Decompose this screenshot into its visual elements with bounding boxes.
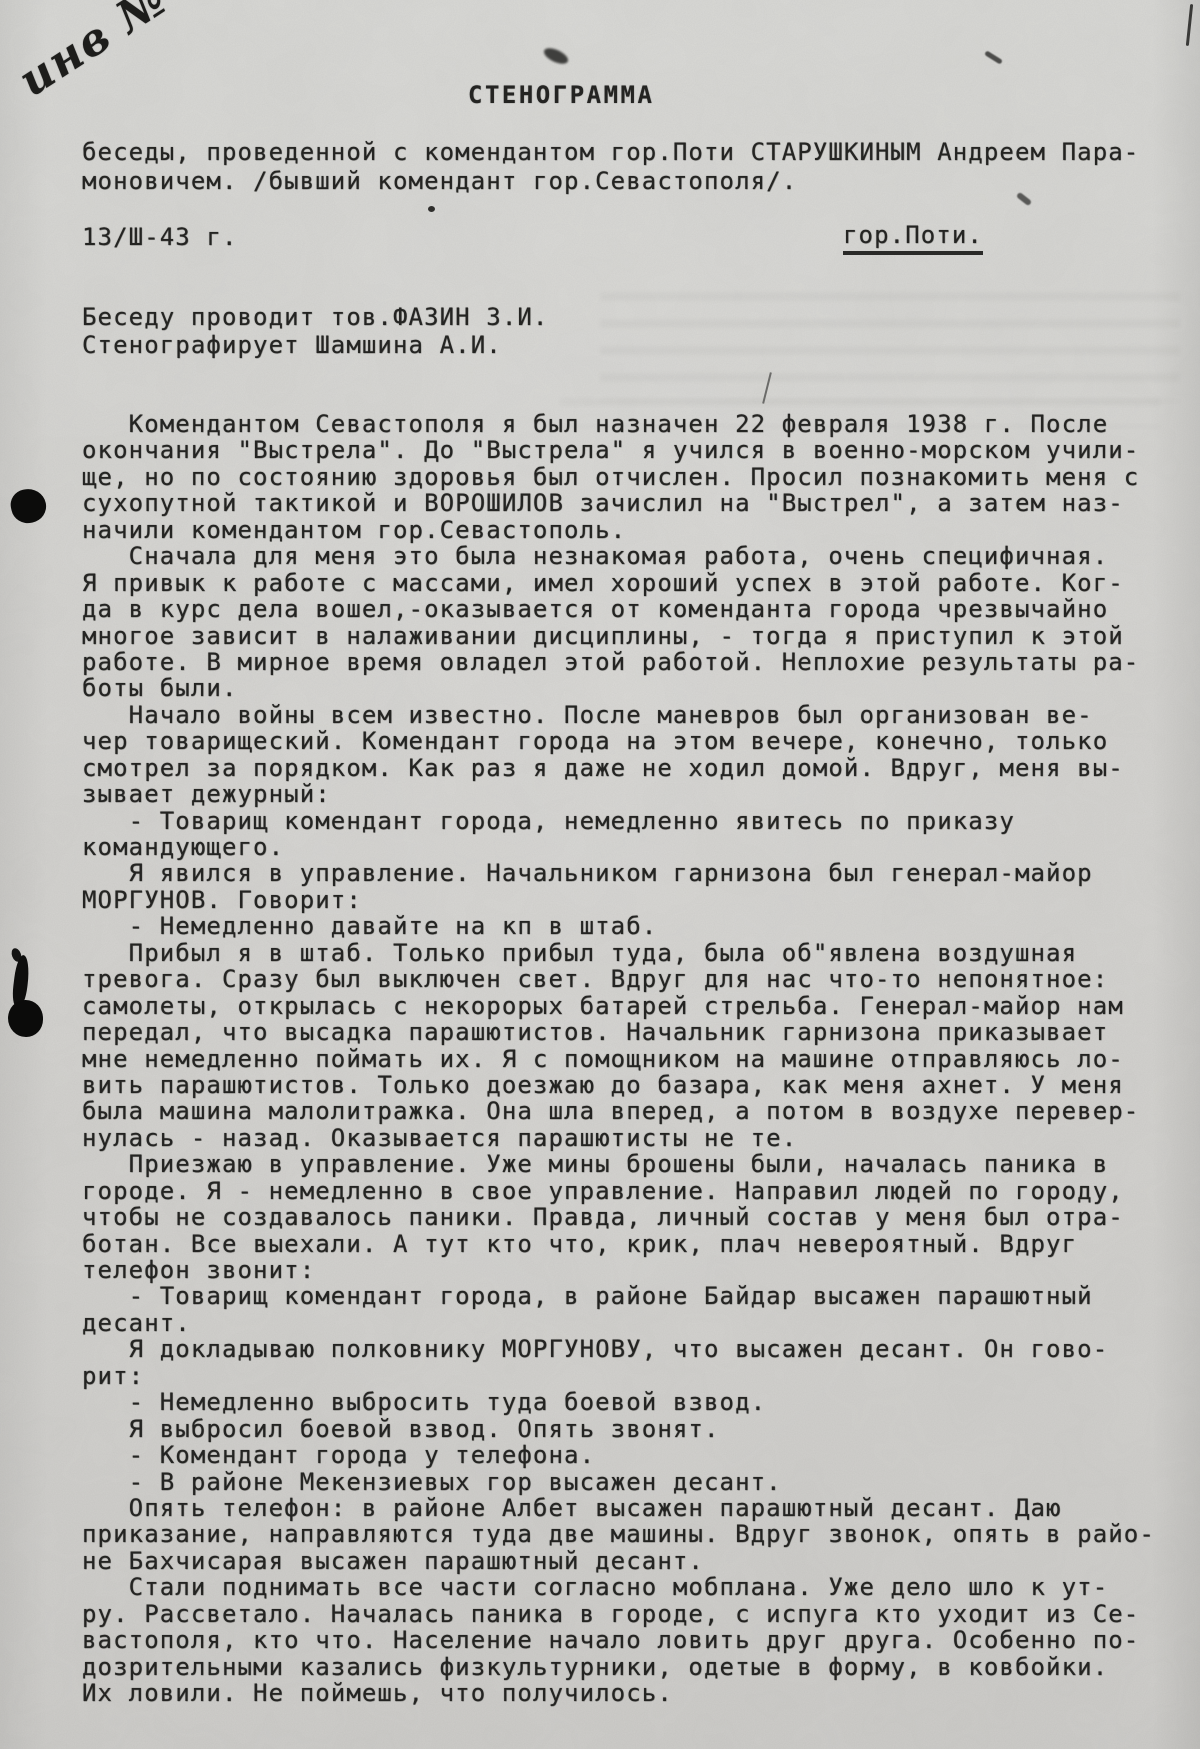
ink-blot-hole-punch (8, 486, 49, 527)
text-line: Их ловили. Не поймешь, что получилось. (82, 1680, 1155, 1706)
text-line: - Товарищ комендант города, в районе Бай… (82, 1283, 1155, 1309)
subtitle-line: беседы, проведенной с комендантом гор.По… (82, 139, 1139, 168)
text-line: Я явился в управление. Начальником гарни… (82, 860, 1155, 886)
text-line: командующего. (82, 834, 1155, 860)
interviewer-line: Беседу проводит тов.ФАЗИН З.И. (82, 304, 548, 332)
text-line: да в курс дела вошел,-оказывается от ком… (82, 596, 1155, 622)
text-line: боты были. (82, 675, 1155, 701)
text-line: - Немедленно давайте на кп в штаб. (82, 913, 1155, 939)
text-line: передал, что высадка парашютистов. Начал… (82, 1019, 1155, 1045)
text-line: Я докладываю полковнику МОРГУНОВУ, что в… (82, 1336, 1155, 1362)
text-line: многое зависит в налаживании дисциплины,… (82, 623, 1155, 649)
text-line: Прибыл я в штаб. Только прибыл туда, был… (82, 940, 1155, 966)
text-line: была машина малолитражка. Она шла вперед… (82, 1098, 1155, 1124)
document-subtitle: беседы, проведенной с комендантом гор.По… (82, 139, 1139, 196)
text-line: Сначала для меня это была незнакомая раб… (82, 543, 1155, 569)
text-line: ще, но по состоянию здоровья был отчисле… (82, 464, 1155, 490)
subtitle-line: моновичем. /бывший комендант гор.Севасто… (82, 168, 1139, 197)
scratch-mark (762, 372, 772, 404)
text-line: чер товарищеский. Комендант города на эт… (82, 728, 1155, 754)
text-line: Стали поднимать все части согласно мобпл… (82, 1574, 1155, 1600)
text-line: ботан. Все выехали. А тут кто что, крик,… (82, 1231, 1155, 1257)
text-line: Начало войны всем известно. После маневр… (82, 702, 1155, 728)
text-line: зывает дежурный: (82, 781, 1155, 807)
text-line: Я выбросил боевой взвод. Опять звонят. (82, 1416, 1155, 1442)
document-date: 13/Ш-43 г. (82, 224, 238, 250)
text-line: городе. Я - немедленно в свое управление… (82, 1178, 1155, 1204)
ink-blot-head (8, 1000, 43, 1037)
stenographer-line: Стенографирует Шамшина А.И. (82, 332, 548, 360)
text-line: не Бахчисарая высажен парашютный десант. (82, 1548, 1155, 1574)
text-line: чтобы не создавалось паники. Правда, лич… (82, 1204, 1155, 1230)
text-line: - Немедленно выбросить туда боевой взвод… (82, 1389, 1155, 1415)
text-line: - Товарищ комендант города, немедленно я… (82, 808, 1155, 834)
document-title: СТЕНОГРАММА (468, 82, 654, 108)
text-line: - В районе Мекензиевых гор высажен десан… (82, 1469, 1155, 1495)
text-line: МОРГУНОВ. Говорит: (82, 887, 1155, 913)
text-line: Опять телефон: в районе Албет высажен па… (82, 1495, 1155, 1521)
text-line: Комендантом Севастополя я был назначен 2… (82, 411, 1155, 437)
text-line: мне немедленно поймать их. Я с помощнико… (82, 1046, 1155, 1072)
conductors-block: Беседу проводит тов.ФАЗИН З.И. Стенограф… (82, 304, 548, 359)
text-line: работе. В мирное время овладел этой рабо… (82, 649, 1155, 675)
ink-dot-mark (428, 206, 435, 212)
text-line: нулась - назад. Оказывается парашютисты … (82, 1125, 1155, 1151)
text-line: начили комендантом гор.Севастополь. (82, 517, 1155, 543)
ink-smudge-mark (542, 45, 571, 67)
text-line: десант. (82, 1310, 1155, 1336)
text-line: Приезжаю в управление. Уже мины брошены … (82, 1151, 1155, 1177)
text-line: вить парашютистов. Только доезжаю до баз… (82, 1072, 1155, 1098)
text-line: ру. Рассветало. Началась паника в городе… (82, 1601, 1155, 1627)
document-body: Комендантом Севастополя я был назначен 2… (82, 411, 1155, 1706)
corner-pen-tick (1186, 4, 1193, 46)
text-line: телефон звонит: (82, 1257, 1155, 1283)
scanned-document-page: инв № 419 СТЕНОГРАММА беседы, проведенно… (0, 0, 1200, 1749)
document-place-underlined: гор.Поти. (843, 222, 983, 255)
text-line: вастополя, кто что. Население начало лов… (82, 1627, 1155, 1653)
handwritten-inventory-note: инв № 419 (10, 0, 274, 107)
text-line: Я привык к работе с массами, имел хороши… (82, 570, 1155, 596)
text-line: сухопутной тактикой и ВОРОШИЛОВ зачислил… (82, 490, 1155, 516)
pen-dash-mark (984, 50, 1003, 64)
text-line: самолеты, открылась с некорорых батарей … (82, 993, 1155, 1019)
text-line: дозрительными казались физкультурники, о… (82, 1654, 1155, 1680)
text-line: смотрел за порядком. Как раз я даже не х… (82, 755, 1155, 781)
text-line: окончания "Выстрела". До "Выстрела" я уч… (82, 437, 1155, 463)
text-line: рит: (82, 1363, 1155, 1389)
text-line: приказание, направляются туда две машины… (82, 1521, 1155, 1547)
text-line: тревога. Сразу был выключен свет. Вдруг … (82, 966, 1155, 992)
ghost-print-impression (600, 292, 1180, 402)
text-line: - Комендант города у телефона. (82, 1442, 1155, 1468)
